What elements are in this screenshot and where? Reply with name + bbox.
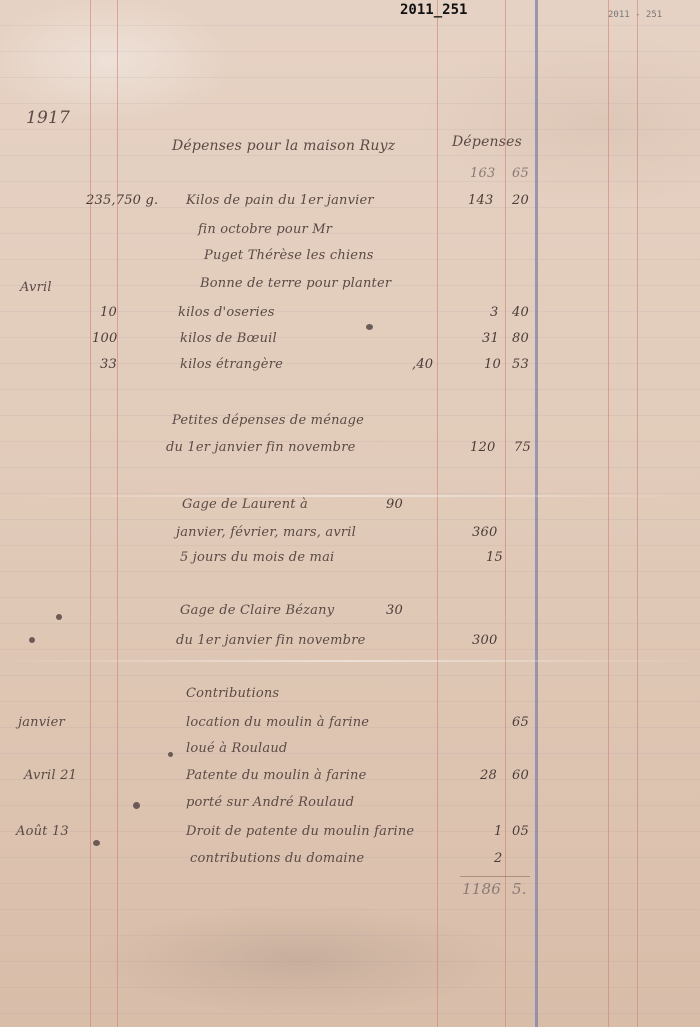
- ledger-title: Dépenses pour la maison Ruyz: [172, 138, 395, 154]
- entry-qty: 235,750 g.: [86, 193, 158, 208]
- total-underline: [460, 876, 530, 877]
- right-rule: [608, 0, 609, 1027]
- entry-text: loué à Roulaud: [186, 741, 287, 756]
- entry-section-heading: Contributions: [186, 686, 279, 701]
- entry-text: kilos étrangère: [180, 357, 283, 372]
- entry-date: Août 13: [16, 824, 69, 839]
- entry-text: janvier, février, mars, avril: [176, 525, 356, 540]
- entry-qty: 33: [100, 357, 117, 372]
- entry-centimes: 80: [512, 331, 529, 346]
- ink-stain: [29, 637, 35, 643]
- right-rule: [637, 0, 638, 1027]
- paper-fold: [0, 660, 700, 662]
- entry-rate: ,40: [412, 357, 433, 372]
- ink-stain: [168, 752, 173, 757]
- entry-text: Droit de patente du moulin farine: [186, 824, 414, 839]
- carried-centimes: 65: [512, 166, 529, 181]
- page-divider-rule: [535, 0, 538, 1027]
- entry-text: kilos de Bœuil: [180, 331, 277, 346]
- entry-francs: 2: [494, 851, 502, 866]
- carried-francs: 163: [470, 166, 495, 181]
- entry-text: du 1er janvier fin novembre: [166, 440, 356, 455]
- entry-centimes: 75: [514, 440, 531, 455]
- entry-centimes: 53: [512, 357, 529, 372]
- entry-francs: 120: [470, 440, 495, 455]
- entry-francs: 300: [472, 633, 497, 648]
- ink-stain: [133, 802, 140, 809]
- entry-text: Gage de Claire Bézany: [180, 603, 334, 618]
- archive-pencil-mark: 2011 - 251: [608, 10, 662, 20]
- entry-text: contributions du domaine: [190, 851, 364, 866]
- entry-centimes: 05: [512, 824, 529, 839]
- entry-text: kilos d'oseries: [178, 305, 275, 320]
- entry-text: 5 jours du mois de mai: [180, 550, 334, 565]
- entry-text: porté sur André Roulaud: [186, 795, 354, 810]
- amount-rule: [437, 0, 438, 1027]
- entry-rate: 30: [386, 603, 403, 618]
- horizontal-ruling: [0, 0, 700, 1027]
- entry-francs: 15: [486, 550, 503, 565]
- entry-centimes: 20: [512, 193, 529, 208]
- entry-text: Kilos de pain du 1er janvier: [186, 193, 374, 208]
- entry-qty: 100: [92, 331, 117, 346]
- entry-text: Gage de Laurent à: [182, 497, 308, 512]
- entry-francs: 1: [494, 824, 502, 839]
- entry-text: Bonne de terre pour planter: [200, 276, 391, 291]
- entry-francs: 28: [480, 768, 497, 783]
- amount-column-header: Dépenses: [452, 134, 522, 150]
- ink-stain: [56, 614, 62, 620]
- ledger-page: 2011_251 2011 - 251 1917 Dépenses pour l…: [0, 0, 700, 1027]
- year: 1917: [26, 108, 70, 128]
- entry-francs: 143: [468, 193, 493, 208]
- entry-text: location du moulin à farine: [186, 715, 369, 730]
- archive-stamp: 2011_251: [400, 2, 467, 18]
- entry-qty: 10: [100, 305, 117, 320]
- entry-text: Patente du moulin à farine: [186, 768, 367, 783]
- entry-date: janvier: [18, 715, 65, 730]
- total-centimes: 5.: [512, 880, 527, 898]
- entry-centimes: 40: [512, 305, 529, 320]
- entry-date: Avril 21: [24, 768, 77, 783]
- centimes-rule: [505, 0, 506, 1027]
- entry-rate: 90: [386, 497, 403, 512]
- entry-text: Puget Thérèse les chiens: [204, 248, 374, 263]
- entry-centimes: 60: [512, 768, 529, 783]
- total-francs: 1186: [462, 880, 501, 898]
- ink-stain: [93, 840, 100, 846]
- entry-text: fin octobre pour Mr: [198, 222, 332, 237]
- entry-date: Avril: [20, 280, 52, 295]
- entry-text: du 1er janvier fin novembre: [176, 633, 366, 648]
- paper-fold: [0, 495, 700, 497]
- entry-francs: 31: [482, 331, 499, 346]
- entry-text: Petites dépenses de ménage: [172, 413, 364, 428]
- entry-centimes: 65: [512, 715, 529, 730]
- entry-francs: 360: [472, 525, 497, 540]
- entry-francs: 3: [490, 305, 498, 320]
- margin-rule: [117, 0, 118, 1027]
- ink-stain: [366, 324, 373, 330]
- entry-francs: 10: [484, 357, 501, 372]
- margin-rule: [90, 0, 91, 1027]
